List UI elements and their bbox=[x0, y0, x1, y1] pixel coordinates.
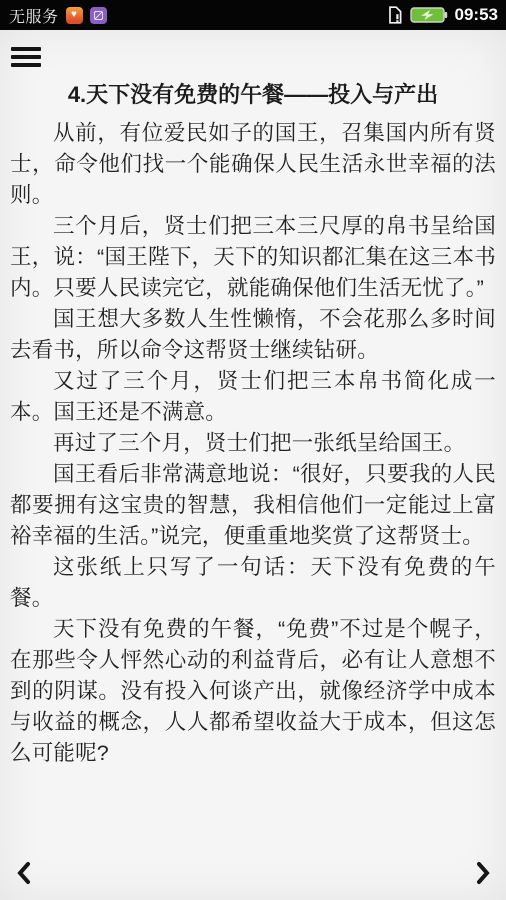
paragraph: 又过了三个月，贤士们把三本帛书简化成一本。国王还是不满意。 bbox=[10, 366, 496, 428]
heart-icon: ♥ bbox=[71, 10, 77, 20]
status-bar-left: 无服务 ♥ bbox=[9, 4, 107, 27]
chevron-left-icon bbox=[16, 861, 32, 885]
paragraph: 国王想大多数人生性懒惰，不会花那么多时间去看书，所以命令这帮贤士继续钻研。 bbox=[10, 304, 496, 366]
paragraph: 三个月后，贤士们把三本三尺厚的帛书呈给国王，说：“国王陛下，天下的知识都汇集在这… bbox=[10, 211, 496, 304]
menu-button[interactable] bbox=[11, 47, 41, 67]
paragraph: 再过了三个月，贤士们把一张纸呈给国王。 bbox=[10, 428, 496, 459]
paragraph: 这张纸上只写了一句话：天下没有免费的午餐。 bbox=[10, 552, 496, 614]
carrier-label: 无服务 bbox=[9, 4, 59, 27]
status-bar-right: 09:53 bbox=[387, 5, 498, 25]
paragraph: 国王看后非常满意地说：“很好，只要我的人民都要拥有这宝贵的智慧，我相信他们一定能… bbox=[10, 459, 496, 552]
purple-app-notification-icon bbox=[90, 7, 107, 24]
battery-charging-icon bbox=[410, 6, 448, 24]
sim-card-alert-icon bbox=[387, 5, 403, 25]
previous-page-button[interactable] bbox=[14, 860, 34, 886]
status-bar: 无服务 ♥ 09: bbox=[0, 0, 506, 30]
orange-app-notification-icon: ♥ bbox=[66, 7, 83, 24]
reader-page: 4.天下没有免费的午餐——投入与产出 从前，有位爱民如子的国王，召集国内所有贤士… bbox=[0, 30, 506, 900]
clock-label: 09:53 bbox=[455, 5, 498, 25]
phone-screen: 无服务 ♥ 09: bbox=[0, 0, 506, 900]
paragraph: 从前，有位爱民如子的国王，召集国内所有贤士，命令他们找一个能确保人民生活永世幸福… bbox=[10, 118, 496, 211]
hamburger-icon bbox=[11, 47, 41, 51]
chapter-body: 从前，有位爱民如子的国王，召集国内所有贤士，命令他们找一个能确保人民生活永世幸福… bbox=[10, 118, 496, 769]
chevron-right-icon bbox=[475, 861, 491, 885]
next-page-button[interactable] bbox=[473, 860, 493, 886]
paragraph: 天下没有免费的午餐，“免费”不过是个幌子，在那些令人怦然心动的利益背后，必有让人… bbox=[10, 614, 496, 769]
chapter-title: 4.天下没有免费的午餐——投入与产出 bbox=[10, 81, 496, 109]
app-glyph-icon bbox=[94, 11, 103, 20]
